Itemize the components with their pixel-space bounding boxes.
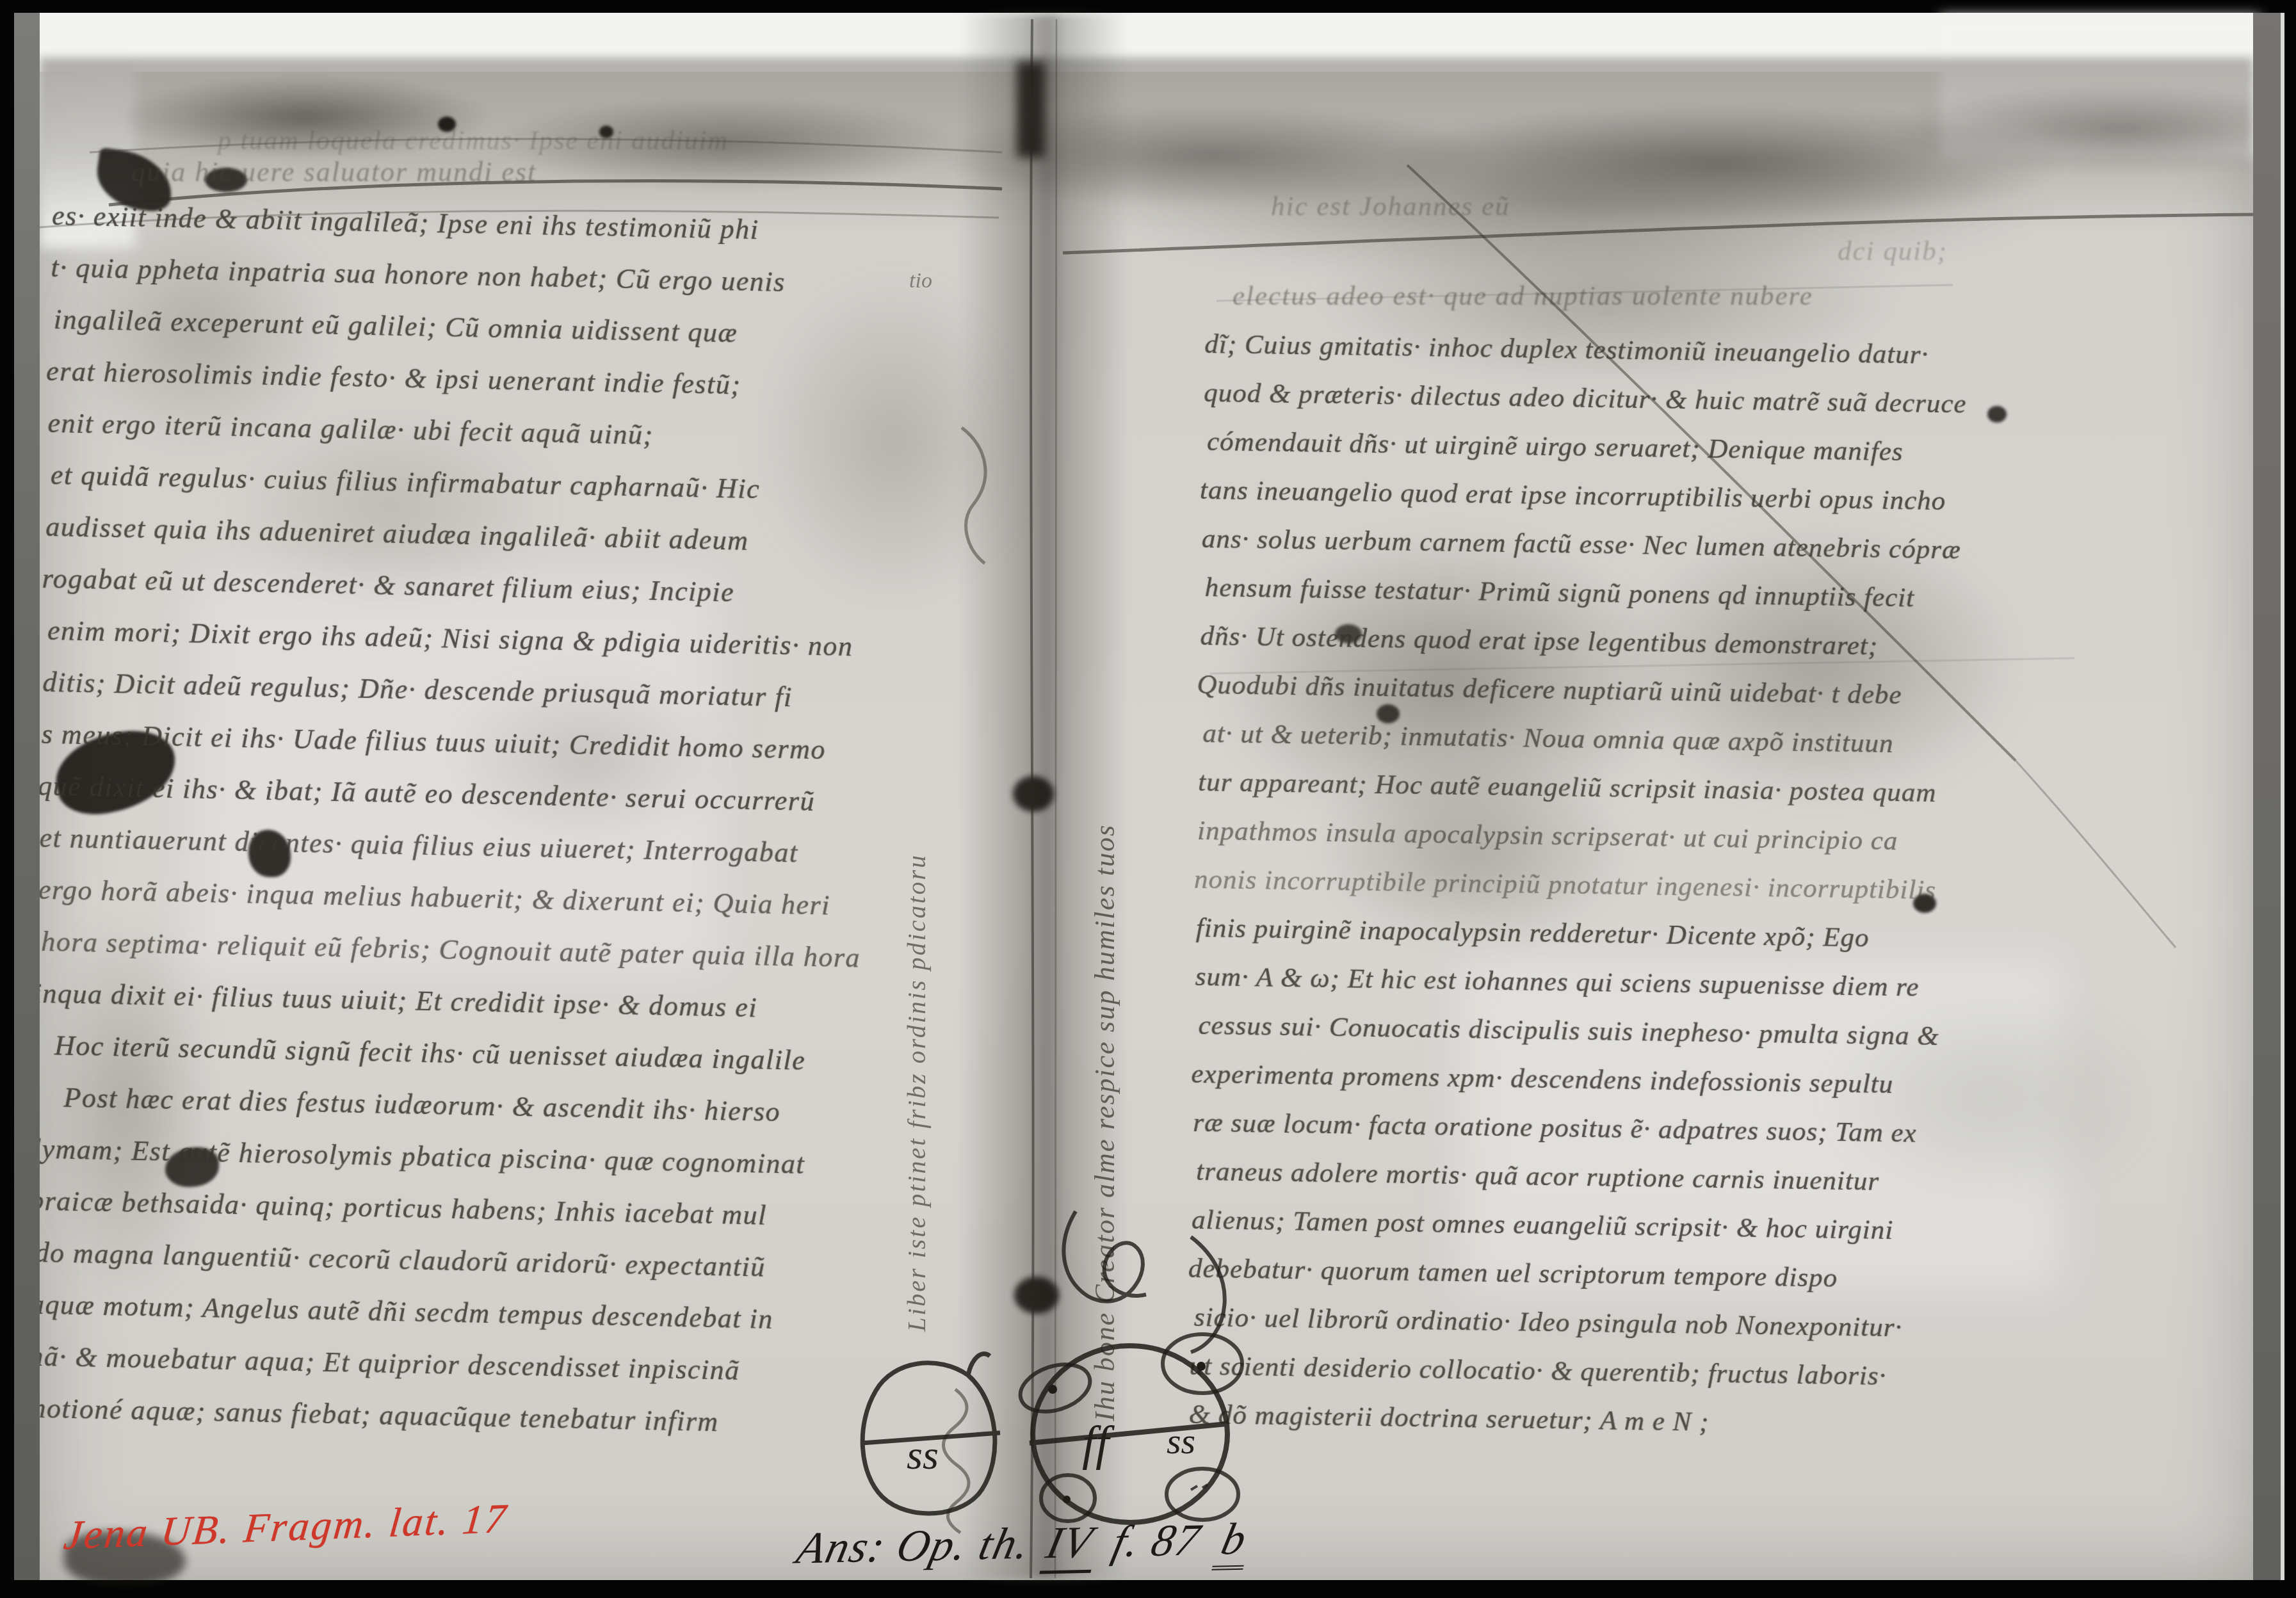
doodle-letters: ss bbox=[907, 1432, 939, 1478]
reference-roman-numeral: IV bbox=[1039, 1517, 1103, 1574]
showthrough-line: quia hic uere saluator mundi est bbox=[131, 156, 537, 188]
photo-right-sliver bbox=[2281, 13, 2284, 1580]
circle-doodle bbox=[1030, 1346, 1227, 1522]
cursive-flourish bbox=[1063, 1211, 1224, 1352]
showthrough-line: electus adeo est· que ad nuptias uolente… bbox=[1233, 280, 1813, 312]
manuscript-photograph: p tuam loquela credimus· Ipse eni audiui… bbox=[0, 0, 2296, 1598]
marginal-note: tio bbox=[909, 269, 932, 293]
showthrough-line: dci quib; bbox=[1838, 236, 1948, 267]
photo-left-edge bbox=[14, 13, 40, 1580]
pen-trial-doodle-left: ss bbox=[843, 1336, 1015, 1521]
top-edge-line-right bbox=[1063, 214, 2253, 253]
left-page-text: es· exiit inde & abiit ingalileã; Ipse e… bbox=[28, 190, 949, 1452]
left-vertical-inscription: Liber iste ptinet fribz ordinis pdicator… bbox=[901, 563, 932, 1332]
pen-trial-doodle-right: ff ss bbox=[999, 1198, 1268, 1557]
doodle-letters: ss bbox=[1167, 1420, 1195, 1462]
photo-right-edge bbox=[2253, 13, 2281, 1580]
reference-folio: f. 87 bbox=[1108, 1515, 1206, 1567]
pen-flourish bbox=[962, 428, 985, 563]
doodle-letters: ff bbox=[1082, 1417, 1115, 1471]
showthrough-line: hic est Johannes eũ bbox=[1271, 191, 1510, 222]
showthrough-line: p tuam loquela credimus· Ipse eni audiui… bbox=[218, 125, 729, 156]
reference-prefix: Ans: Op. th. bbox=[792, 1519, 1035, 1574]
right-page-text: dĩ; Cuius gmitatis· inhoc duplex testimo… bbox=[1188, 320, 2229, 1455]
reference-annotation: Ans: Op. th. IV f. 87 b bbox=[792, 1513, 1256, 1574]
